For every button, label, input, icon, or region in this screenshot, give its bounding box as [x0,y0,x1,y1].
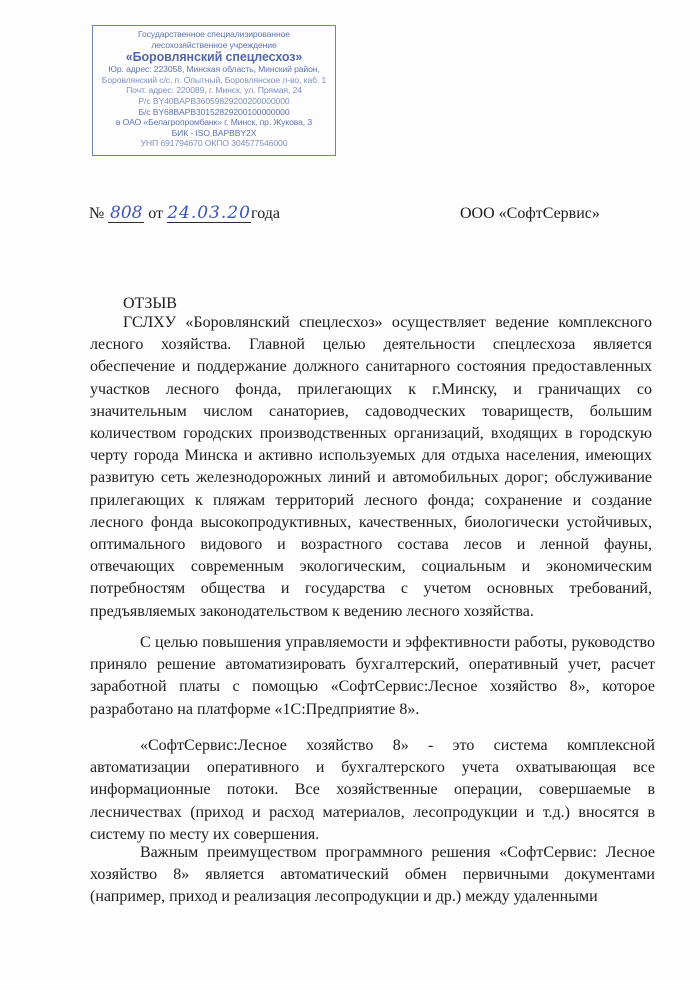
stamp-legal-address-cont: Боровлянский с/с, п. Опытный, Боровлянск… [93,75,335,86]
paragraph-2: С целью повышения управляемости и эффект… [90,632,655,721]
paragraph-3: «СофтСервис:Лесное хозяйство 8» - это си… [90,735,655,846]
stamp-budget-account: Б/с BY68BAPB30152829200100000000 [93,107,335,118]
stamp-postal-address: Почт. адрес: 220089, г. Минск, ул. Пряма… [93,85,335,96]
stamp-bank: в ОАО «Белагропромбанк» г. Минск, пр. Жу… [93,117,335,128]
paragraph-text: ГСЛХУ «Боровлянский спецлесхоз» осуществ… [90,312,652,623]
stamp-legal-address: Юр. адрес: 223058, Минская область, Минс… [93,64,335,75]
paragraph-1: ГСЛХУ «Боровлянский спецлесхоз» осуществ… [90,312,652,623]
paragraph-text: «СофтСервис:Лесное хозяйство 8» - это си… [90,735,655,846]
stamp-line: лесохозяйственное учреждение [93,40,335,51]
document-page: Государственное специализированное лесох… [0,0,700,990]
paragraph-text: Важным преимуществом программного решени… [90,842,655,909]
stamp-line: Государственное специализированное [93,29,335,40]
date-prefix: от [148,205,163,222]
stamp-org-name: «Боровлянский спецлесхоз» [93,50,335,64]
handwritten-number: 808 [108,204,144,223]
stamp-bic: БИК - ISO BAPBBY2X [93,128,335,139]
number-prefix: № [89,205,104,222]
paragraph-text: С целью повышения управляемости и эффект… [90,632,655,721]
registration-line: № 808 от 24.03.20года [89,204,280,224]
paragraph-4: Важным преимуществом программного решени… [90,842,655,909]
stamp-settlement-account: Р/с BY40BAPB36059829200200000000 [93,96,335,107]
document-title: ОТЗЫВ [123,294,177,314]
recipient: ООО «СофтСервис» [460,204,600,224]
organization-stamp: Государственное специализированное лесох… [92,25,336,156]
date-suffix: года [251,205,280,222]
handwritten-date: 24.03.20 [167,204,251,223]
stamp-unp-okpo: УНП 691794670 ОКПО 304577546000 [93,138,335,149]
